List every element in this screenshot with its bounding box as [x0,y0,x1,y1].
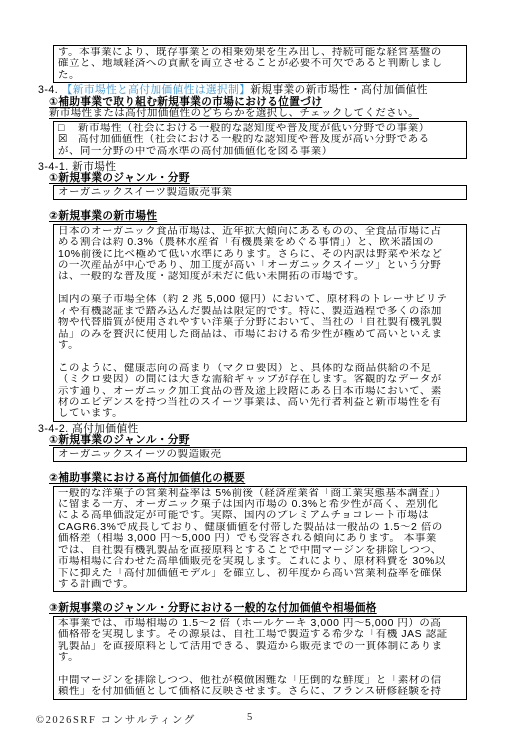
text-line: 価格帯を実現します。その源泉は、自社工場で製造する希少な「有機 JAS 認証 [58,629,462,640]
selection-note: 【新市場性と高付加価値性は選択制】 [62,84,251,96]
genre-heading-3-4-1: ①新規事業のジャンル・分野 [49,173,509,185]
genre-value: オーガニックスイーツの製造販売 [58,449,462,460]
market-type-selection-box: □ 新市場性（社会における一般的な認知度や普及度が低い分野での事業） ☒ 高付加… [53,121,467,159]
text-line: は、一般的な普及度・認知度が未だに低い未開拓の市場です。 [58,271,462,282]
text-line: す。 [58,340,462,351]
genre-value: オーガニックスイーツ製造販売事業 [58,187,462,198]
text-line: 下に抑えた「高付加価値モデル」を確立し、初年度から高い営業利益率を確保 [58,568,462,579]
text-line: では、自社製有機乳製品を直接原料とすることで中間マージンを排除しつつ、 [58,545,462,556]
text-line: 中間マージンを排除しつつ、他社が模倣困難な「圧倒的な鮮度」と「素材の信 [58,675,462,686]
high-value-label: 高付加価値性（社会における一般的な認知度や普及度が高い分野である [78,134,430,145]
new-market-checkbox[interactable]: □ [58,123,70,134]
text-line: の一次産品が中心であり、加工度が高い「オーガニックスイーツ」という分野 [58,260,462,271]
text-line: 10%前後に比べ極めて低い水準にあります。さらに、その内訳は野菜や米など [58,249,462,260]
text-line: に留まる一方、オーガニック菓子は国内市場の 0.3%と希少性が高く、差別化 [58,499,462,510]
text-line: 確立と、地域経済への貢献を両立させることが必要不可欠であると判断しまし [58,58,462,69]
text-line: める割合は約 0.3%（農林水産省「有機農業をめぐる事情」）と、欧米諸国の [58,237,462,248]
text-line: 価格差（相場 3,000 円～5,000 円）でも受容される傾向にあります。 本… [58,533,462,544]
page-number: 5 [247,712,252,723]
text-line [58,351,462,362]
text-line: 材のエビデンスを持つ当社のスイーツ事業は、高い先行者利益と新市場性を有 [58,397,462,408]
text-line: 国内の菓子市場全体（約 2 兆 5,000 億円）において、原材料のトレーサビリ… [58,294,462,305]
text-line: 乳製品」を直接原料として活用できる、製造から販売までの一貫体制にありま [58,641,462,652]
text-line: （ミクロ要因）の間には大きな需給ギャップが存在します。客観的なデータが [58,374,462,385]
genre-heading-3-4-2: ①新規事業のジャンル・分野 [49,435,509,447]
document-page: す。本事業により、既存事業との相乗効果を生み出し、持続可能な経営基盤の確立と、地… [0,0,509,746]
market-price-heading: ③新規事業のジャンル・分野における一般的な付加価値や相場価格 [49,603,509,615]
section-number: 3-4. [38,84,58,96]
text-line: しています。 [58,408,462,419]
high-value-overview-box: 一般的な洋菓子の営業利益率は 5%前後（経済産業省「商工業実態基本調査」）に留ま… [53,486,467,593]
genre-value-box-3-4-1: オーガニックスイーツ製造販売事業 [53,185,467,200]
text-line [58,283,462,294]
new-market-label: 新市場性（社会における一般的な認知度や普及度が低い分野での事業） [78,123,430,134]
text-line: す。本事業により、既存事業との相乗効果を生み出し、持続可能な経営基盤の [58,47,462,58]
page-content: す。本事業により、既存事業との相乗効果を生み出し、持続可能な経営基盤の確立と、地… [0,45,509,700]
copyright-text: ©2026SRF コンサルティング [36,712,196,727]
text-line: による高単価設定が可能です。実際、国内のプレミアムチョコレート市場は [58,510,462,521]
text-line: 一般的な洋菓子の営業利益率は 5%前後（経済産業省「商工業実態基本調査」） [58,488,462,499]
text-line: 日本のオーガニック食品市場は、近年拡大傾向にあるものの、全食品市場に占 [58,226,462,237]
text-line: ィや有機認証まで踏み込んだ製品は限定的です。特に、製造過程で多くの添加 [58,306,462,317]
genre-value-box-3-4-2: オーガニックスイーツの製造販売 [53,447,467,462]
text-line: 品」のみを贅沢に使用した商品は、市場における希少性が極めて高いといえま [58,329,462,340]
text-line [58,663,462,674]
section-title-text: 新規事業の新市場性・高付加価値性 [250,84,428,96]
text-line: CAGR6.3%で成長しており、健康価値を付帯した製品は一般品の 1.5～2 倍… [58,522,462,533]
text-line: た。 [58,70,462,81]
new-market-description-box: 日本のオーガニック食品市場は、近年拡大傾向にあるものの、全食品市場に占める割合は… [53,224,467,422]
high-value-overview-heading: ②補助事業における高付加価値化の概要 [49,473,509,485]
text-line: 頼性」を付加価値として価格に反映させます。さらに、フランス研修経験を持 [58,686,462,697]
checkbox-instruction: 新市場性または高付加価値性のどちらかを選択し、チェックしてください。 [49,108,509,120]
intro-continuation-box: す。本事業により、既存事業との相乗効果を生み出し、持続可能な経営基盤の確立と、地… [53,45,467,83]
high-value-label-continuation: が、同一分野の中で高水準の高付加価値化を図る事業） [58,146,462,157]
text-line: 本事業では、市場相場の 1.5～2 倍（ホールケーキ 3,000 円～5,000… [58,618,462,629]
text-line: す。 [58,652,462,663]
text-line: 示す通り、オーガニック加工食品の普及途上段階にある日本市場において、素 [58,386,462,397]
text-line: する計画です。 [58,579,462,590]
high-value-checkbox[interactable]: ☒ [58,134,70,145]
option-new-market: □ 新市場性（社会における一般的な認知度や普及度が低い分野での事業） [58,123,462,134]
text-line: 市場相場に合わせた高単価販売を実現します。これにより、原材料費を 30%以 [58,556,462,567]
positioning-heading: ①補助事業で取り組む新規事業の市場における位置づけ [49,97,509,109]
new-market-heading: ②新規事業の新市場性 [49,211,509,223]
option-high-value: ☒ 高付加価値性（社会における一般的な認知度や普及度が高い分野である [58,134,462,145]
market-price-box: 本事業では、市場相場の 1.5～2 倍（ホールケーキ 3,000 円～5,000… [53,616,467,700]
text-line: このように、健康志向の高まり（マクロ要因）と、具体的な商品供給の不足 [58,363,462,374]
text-line: 物や代替脂質が使用されやすい洋菓子分野において、当社の「自社製有機乳製 [58,317,462,328]
